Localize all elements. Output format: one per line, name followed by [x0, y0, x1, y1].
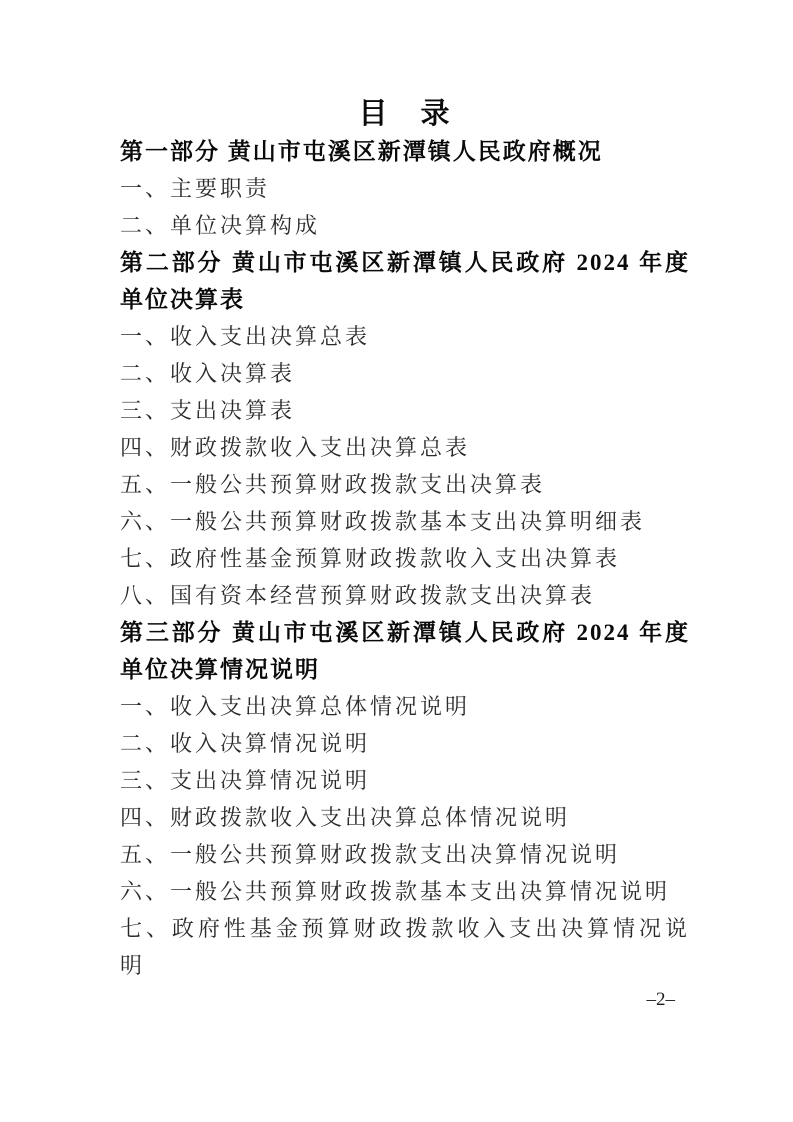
toc-item: 七、政府性基金预算财政拨款收入支出决算情况说明: [120, 910, 690, 984]
toc-item: 四、财政拨款收入支出决算总体情况说明: [120, 799, 690, 836]
toc-item: 六、一般公共预算财政拨款基本支出决算明细表: [120, 503, 690, 540]
section-heading: 第三部分 黄山市屯溪区新潭镇人民政府 2024 年度单位决算情况说明: [120, 614, 690, 688]
section-heading: 第二部分 黄山市屯溪区新潭镇人民政府 2024 年度单位决算表: [120, 244, 690, 318]
toc-item: 五、一般公共预算财政拨款支出决算表: [120, 466, 690, 503]
toc-item: 一、主要职责: [120, 170, 690, 207]
section-heading: 第一部分 黄山市屯溪区新潭镇人民政府概况: [120, 133, 690, 170]
toc-item: 二、单位决算构成: [120, 207, 690, 244]
toc-section-2: 第二部分 黄山市屯溪区新潭镇人民政府 2024 年度单位决算表 一、收入支出决算…: [120, 244, 690, 614]
toc-item: 三、支出决算表: [120, 392, 690, 429]
toc-item: 一、收入支出决算总表: [120, 318, 690, 355]
toc-item: 二、收入决算情况说明: [120, 725, 690, 762]
toc-item: 六、一般公共预算财政拨款基本支出决算情况说明: [120, 873, 690, 910]
toc-item: 一、收入支出决算总体情况说明: [120, 688, 690, 725]
toc-item: 二、收入决算表: [120, 355, 690, 392]
toc-section-1: 第一部分 黄山市屯溪区新潭镇人民政府概况 一、主要职责 二、单位决算构成: [120, 133, 690, 244]
toc-item: 八、国有资本经营预算财政拨款支出决算表: [120, 577, 690, 614]
page-number: –2–: [0, 988, 675, 1012]
document-page: 目 录 第一部分 黄山市屯溪区新潭镇人民政府概况 一、主要职责 二、单位决算构成…: [0, 0, 793, 1122]
toc-item: 七、政府性基金预算财政拨款收入支出决算表: [120, 540, 690, 577]
toc-item: 四、财政拨款收入支出决算总表: [120, 429, 690, 466]
toc-item: 三、支出决算情况说明: [120, 762, 690, 799]
toc-section-3: 第三部分 黄山市屯溪区新潭镇人民政府 2024 年度单位决算情况说明 一、收入支…: [120, 614, 690, 984]
toc-item: 五、一般公共预算财政拨款支出决算情况说明: [120, 836, 690, 873]
page-title: 目 录: [120, 96, 690, 133]
table-of-contents: 目 录 第一部分 黄山市屯溪区新潭镇人民政府概况 一、主要职责 二、单位决算构成…: [120, 96, 690, 984]
